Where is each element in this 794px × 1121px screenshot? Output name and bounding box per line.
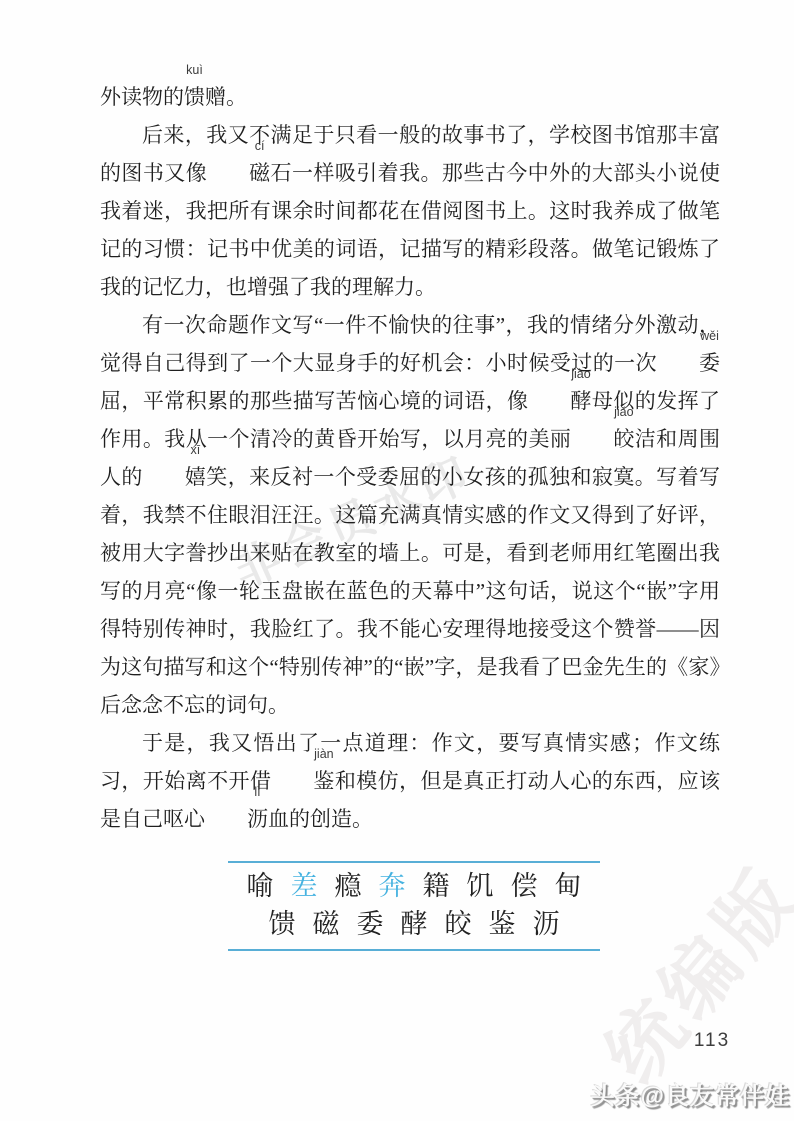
pinyin-annotated-char: cí磁	[207, 154, 270, 192]
pinyin-label: jiào	[529, 368, 590, 380]
textbook-page: 非会员水印 外读物的kuì馈赠。后来，我又不满足于只看一般的故事书了，学校图书馆…	[0, 0, 794, 1121]
pinyin-annotated-char: jiàn鉴	[271, 762, 334, 800]
pinyin-annotated-char: jiǎo皎	[571, 420, 634, 458]
char-row-2: 馈磁委酵皎鉴沥	[228, 905, 600, 943]
pinyin-annotated-char: lì沥	[205, 800, 268, 838]
new-character: 馈	[269, 905, 296, 943]
pinyin-annotated-char: wěi委	[657, 344, 720, 382]
new-character: 饥	[467, 867, 494, 905]
new-character: 皎	[445, 905, 472, 943]
new-character: 甸	[555, 867, 582, 905]
paragraph-1: 外读物的kuì馈赠。	[100, 78, 720, 116]
pinyin-label: xī	[148, 444, 200, 456]
watermark-toutiao-account: 头条@良友常伴娃	[591, 1076, 790, 1111]
pinyin-label: kuì	[186, 64, 203, 76]
new-characters-box: 喻差瘾奔籍饥偿甸馈磁委酵皎鉴沥	[228, 861, 600, 951]
new-character: 籍	[423, 867, 450, 905]
pinyin-label: wěi	[658, 330, 719, 342]
new-character: 奔	[379, 867, 406, 905]
new-character: 磁	[313, 905, 340, 943]
pinyin-label: jiàn	[272, 748, 333, 760]
pinyin-label: jiǎo	[572, 406, 633, 418]
page-number: 113	[690, 1030, 734, 1052]
new-character: 瘾	[335, 867, 362, 905]
new-character: 酵	[401, 905, 428, 943]
paragraph-3: 有一次命题作文写“一件不愉快的往事”，我的情绪分外激动，觉得自己得到了一个大显身…	[100, 306, 720, 724]
paragraph-4: 于是，我又悟出了一点道理：作文，要写真情实感；作文练习，开始离不开借jiàn鉴和…	[100, 724, 720, 838]
new-character: 沥	[533, 905, 560, 943]
new-character: 喻	[247, 867, 274, 905]
text-body: 外读物的kuì馈赠。后来，我又不满足于只看一般的故事书了，学校图书馆那丰富的图书…	[100, 78, 720, 838]
paragraph-2: 后来，我又不满足于只看一般的故事书了，学校图书馆那丰富的图书又像cí磁石一样吸引…	[100, 116, 720, 306]
pinyin-annotated-char: xī嬉	[143, 458, 206, 496]
new-character: 委	[357, 905, 384, 943]
pinyin-label: cí	[213, 140, 265, 152]
new-character: 差	[291, 867, 318, 905]
new-character: 鉴	[489, 905, 516, 943]
pinyin-label: lì	[212, 786, 260, 798]
new-character: 偿	[511, 867, 538, 905]
pinyin-annotated-char: kuì馈	[184, 78, 205, 116]
char-row-1: 喻差瘾奔籍饥偿甸	[228, 867, 600, 905]
